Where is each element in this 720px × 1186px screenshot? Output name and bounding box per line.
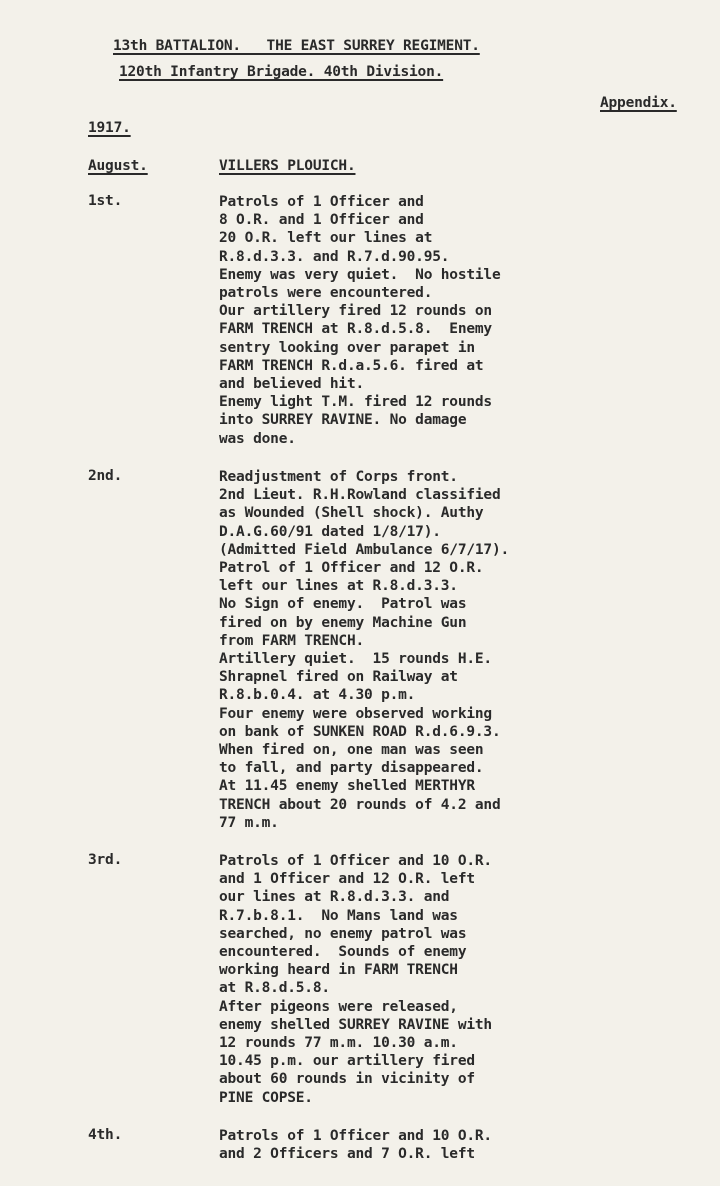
month-label: August. [88,158,148,174]
entry-text: Patrols of 1 Officer and 8 O.R. and 1 Of… [219,193,500,448]
document-page: 13th BATTALION. THE EAST SURREY REGIMENT… [0,0,720,1186]
year-label: 1917. [88,120,131,136]
battalion-heading: 13th BATTALION. THE EAST SURREY REGIMENT… [113,38,480,54]
entry-day: 4th. [88,1127,122,1143]
brigade-heading: 120th Infantry Brigade. 40th Division. [119,64,443,80]
entry-day: 3rd. [88,852,122,868]
entry-text: Patrols of 1 Officer and 10 O.R. and 2 O… [219,1127,492,1163]
entry-text: Patrols of 1 Officer and 10 O.R. and 1 O… [219,852,492,1107]
entry-text: Readjustment of Corps front. 2nd Lieut. … [219,468,509,832]
place-heading: VILLERS PLOUICH. [219,158,355,174]
entry-day: 2nd. [88,468,122,484]
entry-day: 1st. [88,193,122,209]
appendix-label: Appendix. [600,95,677,111]
